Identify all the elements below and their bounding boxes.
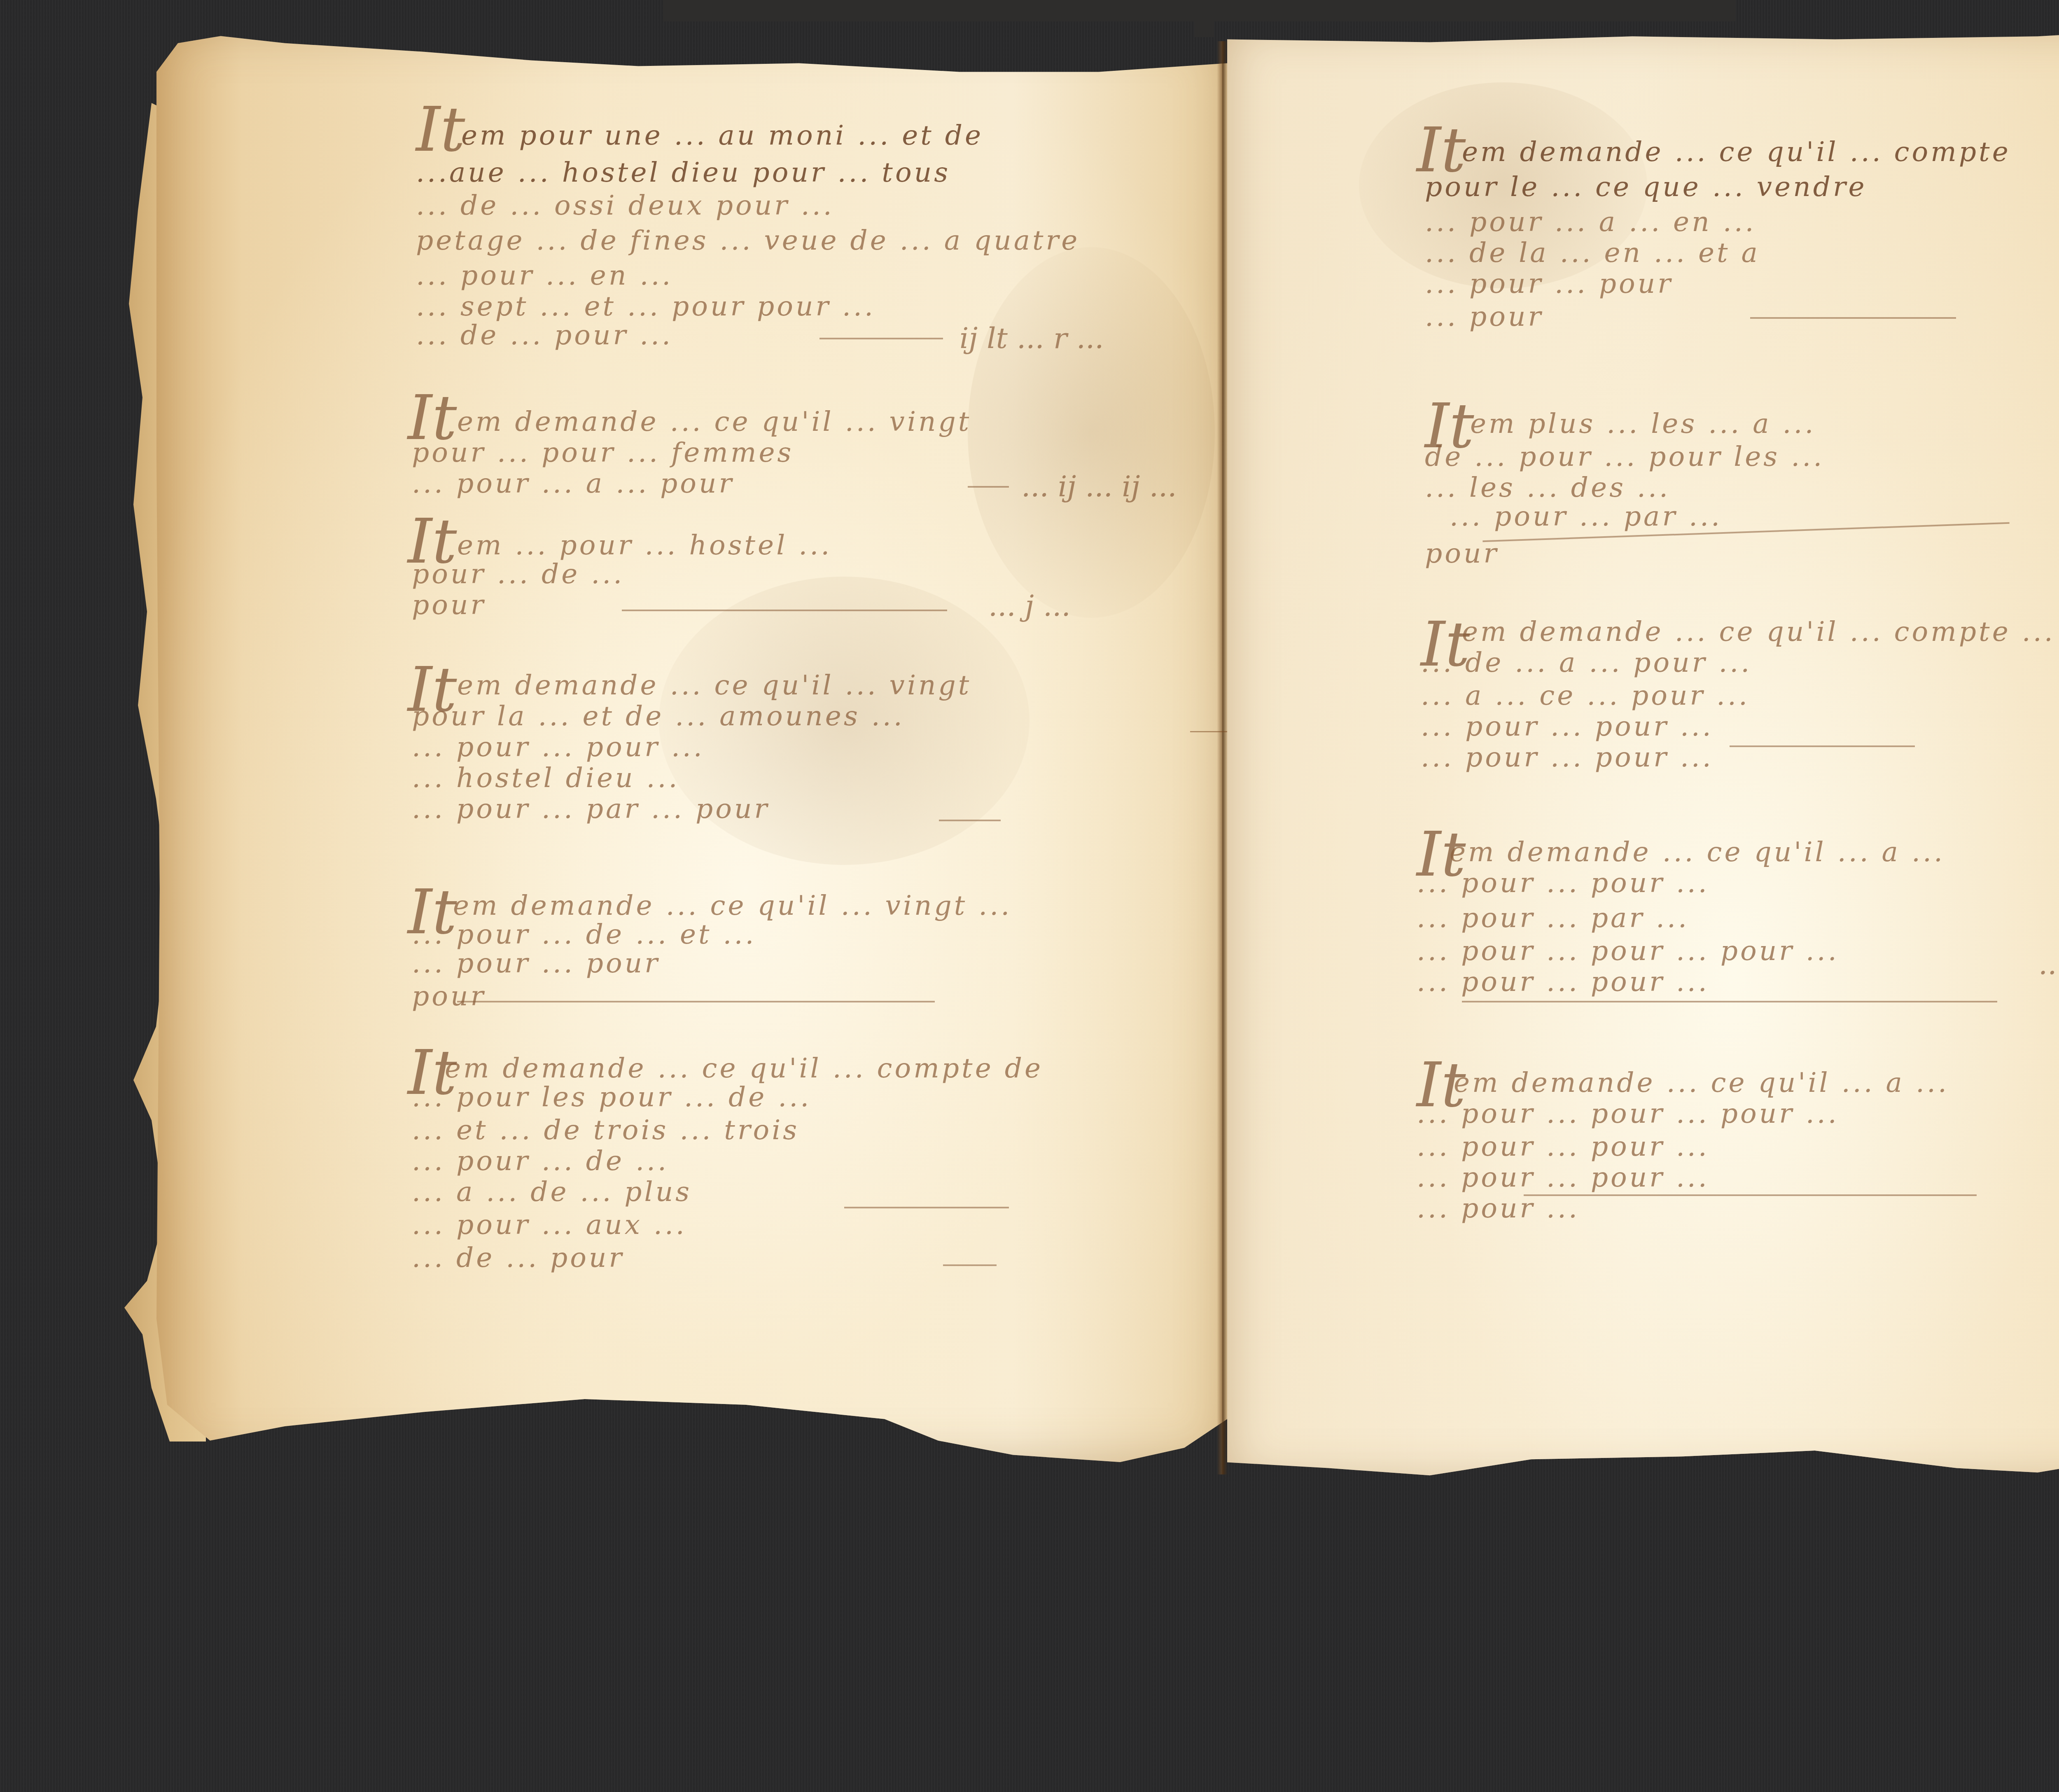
entry-line: pour ... de ...: [412, 558, 624, 590]
entry-rule: [1524, 1194, 1977, 1196]
entry-line: petage ... de fines ... veue de ... a qu…: [416, 224, 1080, 256]
entry-line: ... de ... pour ...: [416, 319, 673, 351]
entry-line: ... pour ... par ...: [1450, 500, 1722, 532]
entry-line: ... sept ... et ... pour pour ...: [416, 290, 875, 322]
entry-line: ... a ... de ... plus: [412, 1176, 692, 1208]
entry-line: em demande ... ce qu'il ... a ...: [1454, 1067, 1949, 1098]
entry-rule: [819, 338, 943, 339]
entry-line: em pour une ... au moni ... et de: [461, 119, 983, 151]
entry-line: ... pour ... pour ... pour ...: [1417, 1098, 1839, 1129]
entry-line: ... et ... de trois ... trois: [412, 1114, 799, 1146]
entry-line: em demande ... ce qu'il ... vingt: [457, 406, 971, 437]
entry-initial: It: [416, 99, 465, 161]
entry-line: ... pour les pour ... de ...: [412, 1081, 811, 1113]
entry-line: ... pour ... pour ... pour ...: [1417, 935, 1839, 967]
redaction-bar: [663, 0, 1736, 21]
entry-rule: [844, 1207, 1009, 1208]
entry-line: em demande ... ce qu'il ... compte ...: [1462, 616, 2055, 647]
entry-line: em demande ... ce qu'il ... a ...: [1450, 836, 1945, 868]
stain: [968, 247, 1215, 618]
entry-rule: [939, 820, 1001, 821]
entry-line: ... de ... a ... pour ...: [1421, 647, 1752, 678]
entry-line: ... pour ... en ...: [416, 259, 673, 291]
entry-line: ... pour ... pour ...: [1417, 867, 1709, 899]
entry-line: ... pour ... pour: [1425, 268, 1673, 299]
gutter-tear: [1190, 731, 1227, 757]
entry-line: em demande ... ce qu'il ... vingt: [457, 669, 971, 701]
entry-line: ... de la ... en ... et a: [1425, 237, 1760, 269]
entry-rule: [622, 610, 947, 611]
entry-rule: [457, 1001, 935, 1002]
entry-line: ... pour ... pour: [412, 947, 660, 979]
entry-line: ... pour ... a ... pour: [412, 467, 734, 499]
entry-line: pour: [1425, 537, 1499, 569]
entry-line: em demande ... ce qu'il ... compte de: [445, 1052, 1043, 1084]
entry-line: em demande ... ce qu'il ... vingt ...: [453, 890, 1012, 921]
entry-line: ...aue ... hostel dieu pour ... tous: [416, 157, 950, 188]
entry-line: ... pour ... aux ...: [412, 1209, 687, 1241]
entry-line: ... pour ... pour ...: [1421, 710, 1713, 742]
entry-line: ... a ... ce ... pour ...: [1421, 680, 1750, 711]
entry-line: ... pour: [1425, 301, 1543, 332]
entry-line: ... hostel dieu ...: [412, 762, 680, 794]
entry-line: ... pour ... pour ...: [1417, 1131, 1709, 1162]
entry-line: ... pour ... a ... en ...: [1425, 206, 1756, 238]
margin-sum: ... ij ... ij ...: [1021, 470, 1177, 503]
entry-line: ... pour ... pour ...: [1421, 741, 1713, 773]
entry-line: pour: [412, 980, 486, 1012]
entry-line: em ... pour ... hostel ...: [457, 529, 832, 561]
scan-background: It em pour une ... au moni ... et de ...…: [0, 0, 2059, 1792]
entry-line: pour: [412, 589, 486, 621]
margin-sum: ij lt ... r ...: [959, 321, 1104, 355]
margin-sum: ... j ...: [988, 589, 1071, 623]
entry-line: de ... pour ... pour les ...: [1425, 441, 1824, 472]
entry-rule: [1462, 1001, 1997, 1002]
entry-line: ... pour ... par ... pour: [412, 793, 770, 825]
entry-line: pour le ... ce que ... vendre: [1425, 171, 1867, 203]
entry-line: em plus ... les ... a ...: [1470, 408, 1816, 439]
entry-line: ... de ... ossi deux pour ...: [416, 189, 834, 221]
entry-line: ... pour ... par ...: [1417, 902, 1689, 934]
margin-sum: ... ij ...: [2038, 947, 2059, 981]
entry-rule: [1750, 317, 1956, 319]
entry-line: ... pour ... pour ...: [412, 731, 705, 763]
entry-line: pour ... pour ... femmes: [412, 437, 794, 468]
book-gutter: [1217, 41, 1228, 1474]
entry-line: ... pour ...: [1417, 1192, 1580, 1224]
entry-rule: [1730, 745, 1915, 747]
entry-line: ... pour ... pour ...: [1417, 966, 1709, 998]
entry-line: em demande ... ce qu'il ... compte: [1462, 136, 2011, 168]
entry-line: ... les ... des ...: [1425, 472, 1670, 503]
entry-line: pour la ... et de ... amounes ...: [412, 700, 905, 732]
entry-line: ... pour ... pour ...: [1417, 1161, 1709, 1193]
entry-rule: [943, 1264, 997, 1266]
entry-line: ... de ... pour: [412, 1242, 624, 1273]
entry-line: ... pour ... de ... et ...: [412, 918, 756, 950]
redaction-tab: [1194, 21, 1214, 37]
entry-line: ... pour ... de ...: [412, 1145, 669, 1177]
entry-rule: [968, 486, 1009, 488]
